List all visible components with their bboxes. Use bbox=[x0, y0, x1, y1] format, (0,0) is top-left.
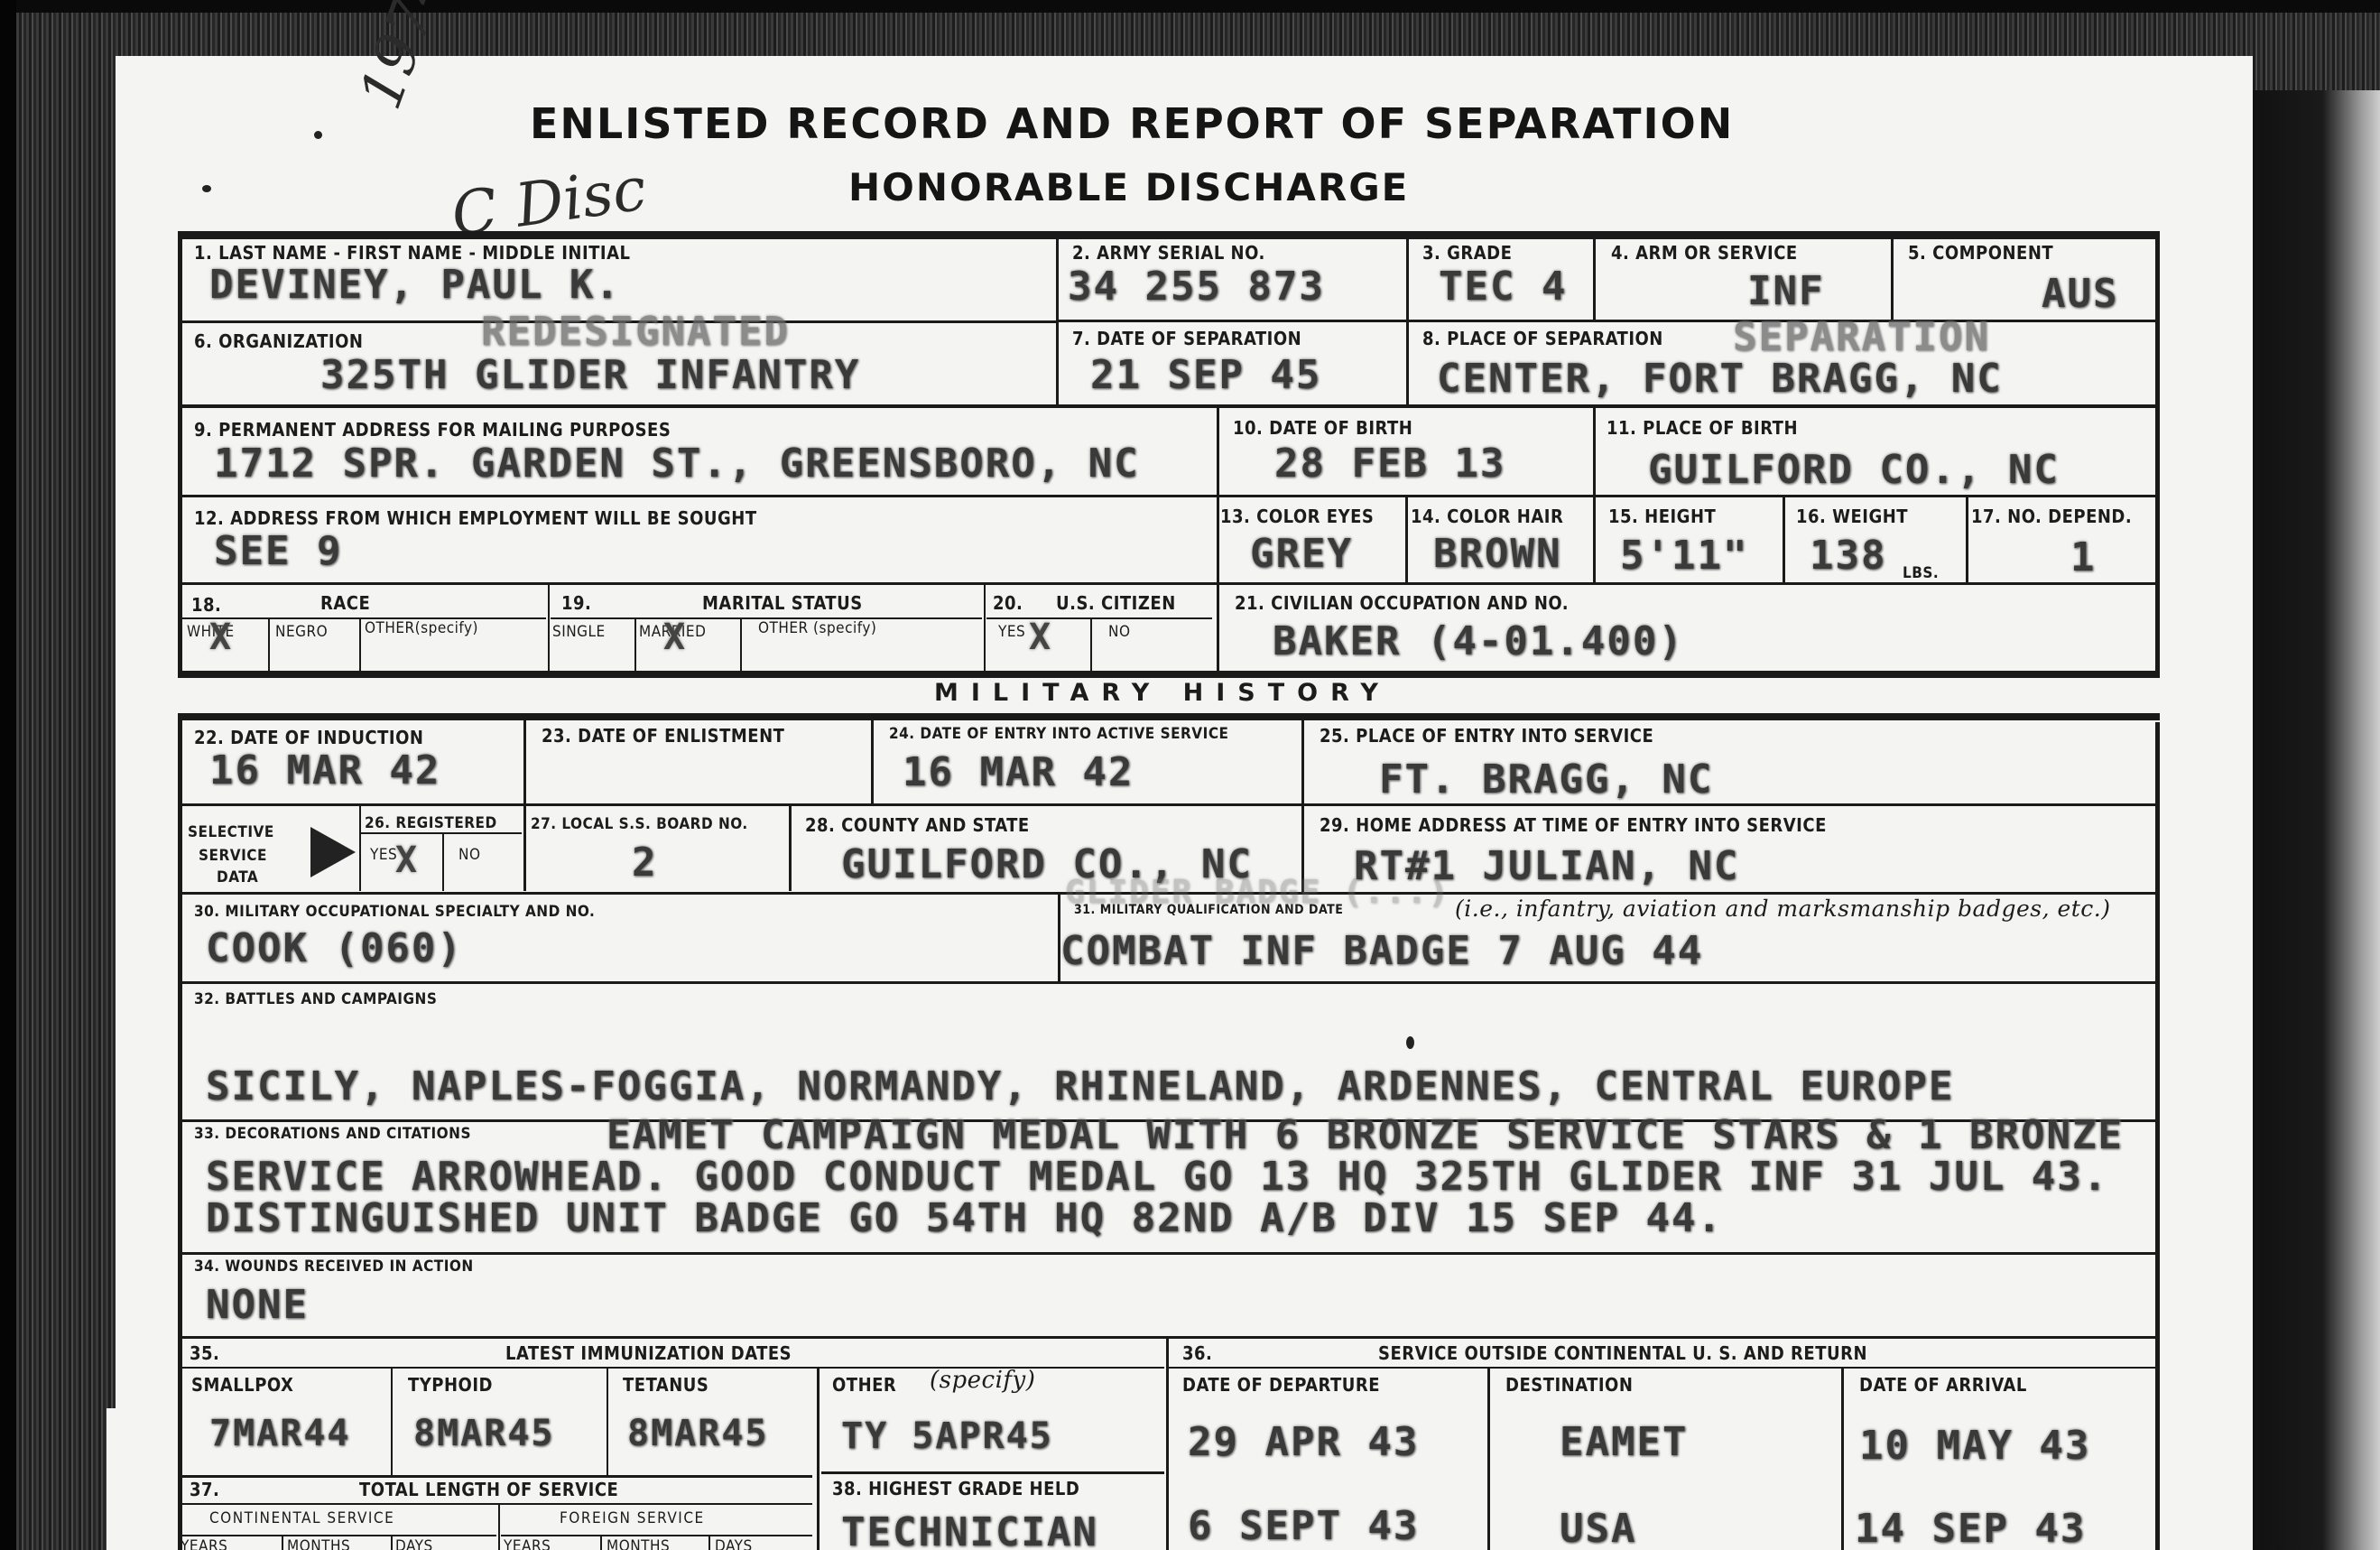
label-marital-num: 19. bbox=[561, 592, 591, 614]
value-grade: TEC 4 bbox=[1439, 264, 1567, 310]
label-component: 5. COMPONENT bbox=[1908, 242, 2053, 264]
rule bbox=[361, 832, 522, 834]
label-immunization: LATEST IMMUNIZATION DATES bbox=[505, 1342, 792, 1364]
document-subtitle: HONORABLE DISCHARGE bbox=[848, 165, 1409, 209]
rule bbox=[181, 404, 2157, 408]
rule bbox=[181, 617, 546, 619]
rule bbox=[181, 1336, 2157, 1339]
value-entry-place: FT. BRAGG, NC bbox=[1379, 756, 1713, 803]
rule bbox=[178, 713, 2160, 720]
rule bbox=[181, 1535, 496, 1536]
checkmark-x-registered-yes: X bbox=[395, 840, 417, 881]
label-decorations: 33. DECORATIONS AND CITATIONS bbox=[194, 1125, 471, 1143]
rule bbox=[986, 617, 1212, 619]
header-arrival: DATE OF ARRIVAL bbox=[1859, 1374, 2027, 1396]
label-employment-address: 12. ADDRESS FROM WHICH EMPLOYMENT WILL B… bbox=[194, 507, 757, 529]
label-weight-unit: LBS. bbox=[1903, 564, 1939, 582]
value-qualification: COMBAT INF BADGE 7 AUG 44 bbox=[1060, 928, 1703, 974]
rule bbox=[634, 619, 636, 671]
label-citizen: U.S. CITIZEN bbox=[1056, 592, 1176, 614]
header-tetanus: TETANUS bbox=[623, 1374, 708, 1396]
ink-speck bbox=[202, 185, 211, 192]
value-civilian-occupation: BAKER (4-01.400) bbox=[1273, 618, 1684, 664]
label-mos: 30. MILITARY OCCUPATIONAL SPECIALTY AND … bbox=[194, 903, 595, 921]
value-name: DEVINEY, PAUL K. bbox=[209, 262, 621, 308]
rule bbox=[984, 585, 986, 671]
value-separation-date: 21 SEP 45 bbox=[1090, 352, 1321, 398]
rule bbox=[1166, 1339, 1169, 1550]
value-mos: COOK (060) bbox=[206, 925, 463, 971]
value-birth-date: 28 FEB 13 bbox=[1274, 441, 1505, 487]
value-ss-board: 2 bbox=[632, 840, 658, 886]
rule bbox=[178, 713, 182, 1550]
value-organization-line1: REDESIGNATED bbox=[481, 309, 790, 355]
label-induction-date: 22. DATE OF INDUCTION bbox=[194, 727, 423, 748]
rule bbox=[1841, 1369, 1844, 1550]
label-citizen-num: 20. bbox=[993, 592, 1023, 614]
header-continental: CONTINENTAL SERVICE bbox=[209, 1509, 394, 1527]
arrow-right-icon bbox=[310, 827, 356, 877]
rule bbox=[181, 495, 2157, 497]
label-serial: 2. ARMY SERIAL NO. bbox=[1072, 242, 1265, 264]
rule bbox=[442, 834, 444, 891]
rule bbox=[1891, 237, 1894, 320]
label-total-service-num: 37. bbox=[190, 1479, 219, 1500]
value-arrival-2: 14 SEP 43 bbox=[1855, 1506, 2086, 1550]
rule bbox=[740, 619, 742, 671]
option-race-negro[interactable]: NEGRO bbox=[275, 623, 328, 641]
value-hair-color: BROWN bbox=[1433, 531, 1561, 577]
header-foreign-days: DAYS bbox=[715, 1537, 753, 1550]
rule bbox=[181, 981, 2157, 984]
label-civilian-occupation: 21. CIVILIAN OCCUPATION AND NO. bbox=[1235, 592, 1569, 614]
value-permanent-address: 1712 SPR. GARDEN ST., GREENSBORO, NC bbox=[214, 441, 1140, 487]
header-departure: DATE OF DEPARTURE bbox=[1182, 1374, 1380, 1396]
rule bbox=[821, 1471, 1164, 1474]
label-birth-place: 11. PLACE OF BIRTH bbox=[1607, 417, 1798, 439]
value-separation-place-line1: SEPARATION bbox=[1733, 314, 1990, 360]
label-weight: 16. WEIGHT bbox=[1796, 506, 1908, 527]
value-eye-color: GREY bbox=[1250, 531, 1353, 577]
label-birth-date: 10. DATE OF BIRTH bbox=[1233, 417, 1412, 439]
label-wounds: 34. WOUNDS RECEIVED IN ACTION bbox=[194, 1258, 474, 1276]
header-other-hint: (specify) bbox=[930, 1367, 1035, 1394]
rule bbox=[1593, 408, 1596, 497]
rule bbox=[1169, 1367, 2157, 1369]
value-induction-date: 16 MAR 42 bbox=[209, 747, 440, 794]
label-race: RACE bbox=[320, 592, 370, 614]
rule bbox=[181, 582, 2157, 585]
label-enlistment-date: 23. DATE OF ENLISTMENT bbox=[542, 725, 784, 747]
label-race-num: 18. bbox=[191, 594, 221, 616]
label-county-state: 28. COUNTY AND STATE bbox=[805, 814, 1030, 836]
label-height: 15. HEIGHT bbox=[1608, 506, 1716, 527]
header-cont-days: DAYS bbox=[395, 1537, 433, 1550]
ink-speck bbox=[1406, 1036, 1414, 1049]
label-data: DATA bbox=[217, 868, 258, 886]
header-smallpox: SMALLPOX bbox=[191, 1374, 293, 1396]
checkmark-x-married: X bbox=[663, 617, 685, 658]
value-arm: INF bbox=[1747, 268, 1824, 314]
label-permanent-address: 9. PERMANENT ADDRESS FOR MAILING PURPOSE… bbox=[194, 419, 671, 441]
header-foreign-months: MONTHS bbox=[607, 1537, 670, 1550]
label-ss-board: 27. LOCAL S.S. BOARD NO. bbox=[531, 815, 748, 833]
rule bbox=[523, 720, 526, 803]
rule bbox=[1405, 497, 1408, 583]
option-citizen-yes[interactable]: YES bbox=[998, 623, 1025, 641]
header-cont-years: YEARS bbox=[181, 1537, 227, 1550]
header-foreign: FOREIGN SERVICE bbox=[560, 1509, 705, 1527]
rule bbox=[523, 806, 526, 891]
rule bbox=[181, 1503, 812, 1505]
rule bbox=[548, 585, 550, 671]
rule bbox=[1058, 320, 2157, 322]
rule bbox=[600, 1536, 602, 1550]
option-race-other[interactable]: OTHER(specify) bbox=[365, 619, 478, 637]
value-height: 5'11" bbox=[1620, 533, 1748, 579]
label-qualification-hint: (i.e., infantry, aviation and marksmansh… bbox=[1455, 896, 2111, 922]
label-active-service-date: 24. DATE OF ENTRY INTO ACTIVE SERVICE bbox=[889, 725, 1229, 743]
scan-top-edge bbox=[0, 0, 2380, 13]
rule bbox=[708, 1536, 710, 1550]
rule bbox=[178, 671, 2160, 678]
rule bbox=[391, 1536, 393, 1550]
value-employment-address: SEE 9 bbox=[214, 528, 342, 574]
label-name: 1. LAST NAME - FIRST NAME - MIDDLE INITI… bbox=[194, 242, 631, 264]
value-destination-1: EAMET bbox=[1560, 1419, 1688, 1465]
rule bbox=[268, 619, 270, 671]
document-title: ENLISTED RECORD AND REPORT OF SEPARATION bbox=[530, 99, 1734, 148]
label-qualification: 31. MILITARY QUALIFICATION AND DATE bbox=[1074, 903, 1343, 917]
value-typhoid: 8MAR45 bbox=[413, 1413, 555, 1454]
rule bbox=[1301, 720, 1304, 894]
label-entry-place: 25. PLACE OF ENTRY INTO SERVICE bbox=[1320, 725, 1653, 747]
value-wounds: NONE bbox=[206, 1282, 309, 1328]
scan-right-shadow bbox=[2252, 90, 2380, 1550]
rule bbox=[1217, 408, 1219, 672]
ink-speck bbox=[314, 131, 322, 139]
value-battles: SICILY, NAPLES-FOGGIA, NORMANDY, RHINELA… bbox=[206, 1063, 1954, 1109]
value-decorations-line3: DISTINGUISHED UNIT BADGE GO 54TH HQ 82ND… bbox=[206, 1195, 1723, 1241]
label-total-service: TOTAL LENGTH OF SERVICE bbox=[359, 1479, 618, 1500]
rule bbox=[391, 1369, 393, 1475]
label-battles: 32. BATTLES AND CAMPAIGNS bbox=[194, 990, 437, 1008]
rule bbox=[1487, 1369, 1490, 1550]
option-citizen-no[interactable]: NO bbox=[1108, 623, 1130, 641]
value-separation-place-line2: CENTER, FORT BRAGG, NC bbox=[1437, 356, 2003, 402]
rule bbox=[607, 1369, 608, 1475]
value-other-immunization: TY 5APR45 bbox=[841, 1415, 1053, 1457]
rule bbox=[2155, 231, 2160, 677]
label-home-address: 29. HOME ADDRESS AT TIME OF ENTRY INTO S… bbox=[1320, 814, 1827, 836]
option-registered-no[interactable]: NO bbox=[458, 846, 480, 864]
value-decorations-line1: EAMET CAMPAIGN MEDAL WITH 6 BRONZE SERVI… bbox=[607, 1112, 2124, 1158]
header-typhoid: TYPHOID bbox=[408, 1374, 493, 1396]
rule bbox=[789, 806, 792, 891]
label-hair-color: 14. COLOR HAIR bbox=[1411, 506, 1563, 527]
label-separation-date: 7. DATE OF SEPARATION bbox=[1072, 328, 1301, 349]
value-active-service-date: 16 MAR 42 bbox=[903, 749, 1134, 795]
value-organization-line2: 325TH GLIDER INFANTRY bbox=[320, 352, 860, 398]
value-smallpox: 7MAR44 bbox=[209, 1413, 351, 1454]
checkmark-x-citizen-yes: X bbox=[1029, 617, 1051, 658]
option-marital-single[interactable]: SINGLE bbox=[552, 623, 606, 641]
rule bbox=[359, 806, 361, 891]
rule bbox=[501, 1535, 812, 1536]
rule bbox=[178, 231, 182, 677]
label-organization: 6. ORGANIZATION bbox=[194, 330, 363, 352]
value-destination-2: USA bbox=[1560, 1506, 1636, 1550]
label-grade: 3. GRADE bbox=[1422, 242, 1512, 264]
value-arrival-1: 10 MAY 43 bbox=[1859, 1423, 2090, 1469]
option-marital-other[interactable]: OTHER (specify) bbox=[758, 619, 876, 637]
value-serial: 34 255 873 bbox=[1068, 264, 1325, 310]
rule bbox=[817, 1369, 820, 1550]
value-dependents: 1 bbox=[2070, 534, 2097, 580]
label-overseas-num: 36. bbox=[1182, 1342, 1212, 1364]
label-eye-color: 13. COLOR EYES bbox=[1220, 506, 1374, 527]
label-registered: 26. REGISTERED bbox=[365, 814, 497, 832]
rule bbox=[1090, 619, 1092, 671]
checkmark-x-race-white: X bbox=[209, 617, 231, 658]
rule bbox=[1966, 497, 1968, 583]
value-highest-grade: TECHNICIAN bbox=[841, 1509, 1098, 1550]
header-foreign-years: YEARS bbox=[504, 1537, 551, 1550]
label-separation-place: 8. PLACE OF SEPARATION bbox=[1422, 328, 1663, 349]
header-other: OTHER bbox=[832, 1374, 896, 1396]
rule bbox=[1056, 237, 1059, 404]
value-component: AUS bbox=[2042, 271, 2118, 317]
label-selective: SELECTIVE bbox=[188, 823, 274, 841]
value-decorations-line2: SERVICE ARROWHEAD. GOOD CONDUCT MEDAL GO… bbox=[206, 1154, 2108, 1200]
document-page-edge bbox=[106, 1408, 125, 1550]
rule bbox=[282, 1536, 283, 1550]
option-registered-yes[interactable]: YES bbox=[370, 846, 397, 864]
header-destination: DESTINATION bbox=[1505, 1374, 1633, 1396]
label-dependents: 17. NO. DEPEND. bbox=[1971, 506, 2132, 527]
rule bbox=[1783, 497, 1785, 583]
value-weight: 138 bbox=[1810, 533, 1886, 579]
rule bbox=[498, 1505, 500, 1550]
rule bbox=[181, 1475, 812, 1478]
rule bbox=[181, 1252, 2157, 1255]
rule bbox=[871, 720, 874, 803]
rule bbox=[1593, 497, 1596, 583]
value-tetanus: 8MAR45 bbox=[627, 1413, 769, 1454]
rule bbox=[2155, 722, 2160, 1550]
scan-left-edge bbox=[0, 0, 16, 1550]
rule bbox=[181, 803, 2157, 806]
label-overseas: SERVICE OUTSIDE CONTINENTAL U. S. AND RE… bbox=[1378, 1342, 1867, 1364]
value-departure-2: 6 SEPT 43 bbox=[1188, 1503, 1419, 1549]
value-birth-place: GUILFORD CO., NC bbox=[1648, 447, 2060, 493]
label-marital: MARITAL STATUS bbox=[702, 592, 863, 614]
label-service: SERVICE bbox=[199, 847, 267, 865]
label-immunization-num: 35. bbox=[190, 1342, 219, 1364]
rule bbox=[359, 619, 361, 671]
rule bbox=[1593, 237, 1596, 320]
section-military-history: MILITARY HISTORY bbox=[934, 679, 1391, 707]
rule bbox=[178, 231, 2160, 239]
header-cont-months: MONTHS bbox=[287, 1537, 350, 1550]
value-departure-1: 29 APR 43 bbox=[1188, 1419, 1419, 1465]
label-arm: 4. ARM OR SERVICE bbox=[1611, 242, 1798, 264]
label-highest-grade: 38. HIGHEST GRADE HELD bbox=[832, 1478, 1079, 1499]
rule bbox=[1406, 237, 1409, 404]
